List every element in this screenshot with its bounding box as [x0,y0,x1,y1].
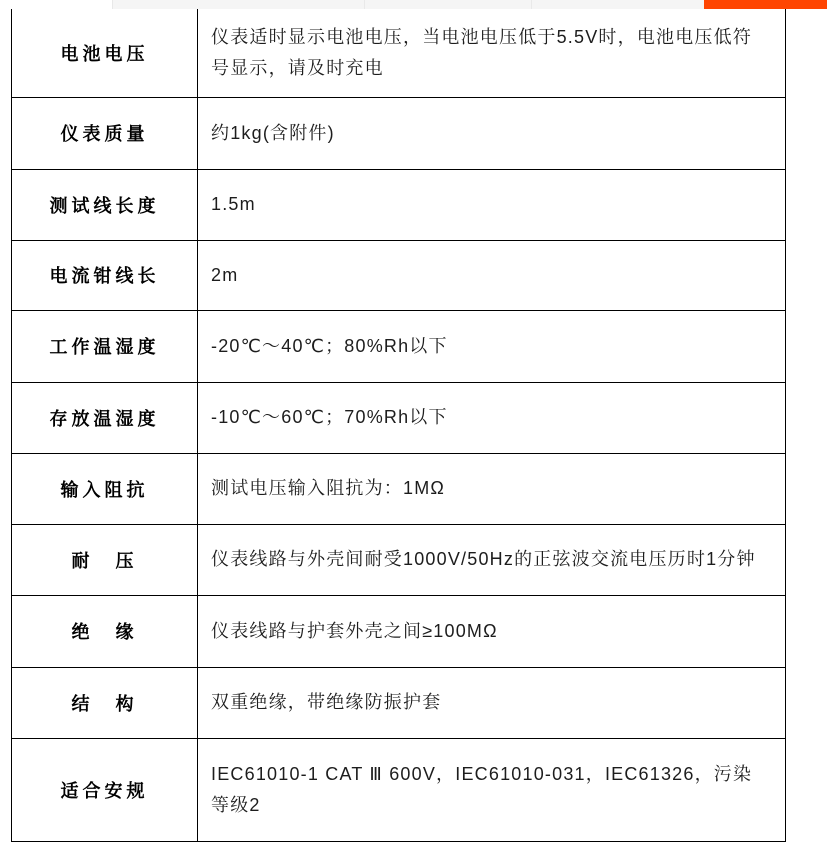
tab-strip [112,0,827,9]
spec-label-cell: 绝 缘 [12,595,198,667]
spec-label-cell: 存放温湿度 [12,382,198,453]
tab-separator [364,0,365,9]
table-row: 适合安规 IEC61010-1 CAT Ⅲ 600V，IEC61010-031，… [12,738,786,841]
table-row: 存放温湿度 -10℃～60℃；70%Rh以下 [12,382,786,453]
spec-value-cell: 仪表线路与外壳间耐受1000V/50Hz的正弦波交流电压历时1分钟 [198,524,786,595]
spec-value-cell: -20℃～40℃；80%Rh以下 [198,310,786,382]
table-row: 电流钳线长 2m [12,240,786,310]
page: 电池电压 仪表适时显示电池电压，当电池电压低于5.5V时，电池电压低符号显示，请… [0,0,827,855]
spec-value-cell: -10℃～60℃；70%Rh以下 [198,382,786,453]
spec-value-cell: 仪表适时显示电池电压，当电池电压低于5.5V时，电池电压低符号显示，请及时充电 [198,9,786,97]
table-row: 仪表质量 约1kg(含附件) [12,97,786,169]
table-row: 结 构 双重绝缘，带绝缘防振护套 [12,667,786,738]
spec-value-cell: 约1kg(含附件) [198,97,786,169]
table-row: 测试线长度 1.5m [12,169,786,240]
spec-label-cell: 电池电压 [12,9,198,97]
spec-label-cell: 工作温湿度 [12,310,198,382]
spec-value-cell: 测试电压输入阻抗为：1MΩ [198,453,786,524]
spec-value-cell: 双重绝缘，带绝缘防振护套 [198,667,786,738]
active-tab-indicator[interactable] [704,0,827,9]
spec-label-cell: 输入阻抗 [12,453,198,524]
spec-label-cell: 仪表质量 [12,97,198,169]
spec-label-cell: 结 构 [12,667,198,738]
spec-value-cell: IEC61010-1 CAT Ⅲ 600V，IEC61010-031，IEC61… [198,738,786,841]
spec-value-cell: 1.5m [198,169,786,240]
spec-table: 电池电压 仪表适时显示电池电压，当电池电压低于5.5V时，电池电压低符号显示，请… [11,9,786,842]
spec-value-cell: 2m [198,240,786,310]
spec-value-cell: 仪表线路与护套外壳之间≥100MΩ [198,595,786,667]
tab-separator [531,0,532,9]
spec-label-cell: 适合安规 [12,738,198,841]
table-row: 工作温湿度 -20℃～40℃；80%Rh以下 [12,310,786,382]
spec-label-cell: 耐 压 [12,524,198,595]
table-row: 输入阻抗 测试电压输入阻抗为：1MΩ [12,453,786,524]
table-row: 绝 缘 仪表线路与护套外壳之间≥100MΩ [12,595,786,667]
spec-table-wrap: 电池电压 仪表适时显示电池电压，当电池电压低于5.5V时，电池电压低符号显示，请… [11,9,786,842]
spec-label-cell: 测试线长度 [12,169,198,240]
spec-label-cell: 电流钳线长 [12,240,198,310]
table-row: 耐 压 仪表线路与外壳间耐受1000V/50Hz的正弦波交流电压历时1分钟 [12,524,786,595]
table-row: 电池电压 仪表适时显示电池电压，当电池电压低于5.5V时，电池电压低符号显示，请… [12,9,786,97]
